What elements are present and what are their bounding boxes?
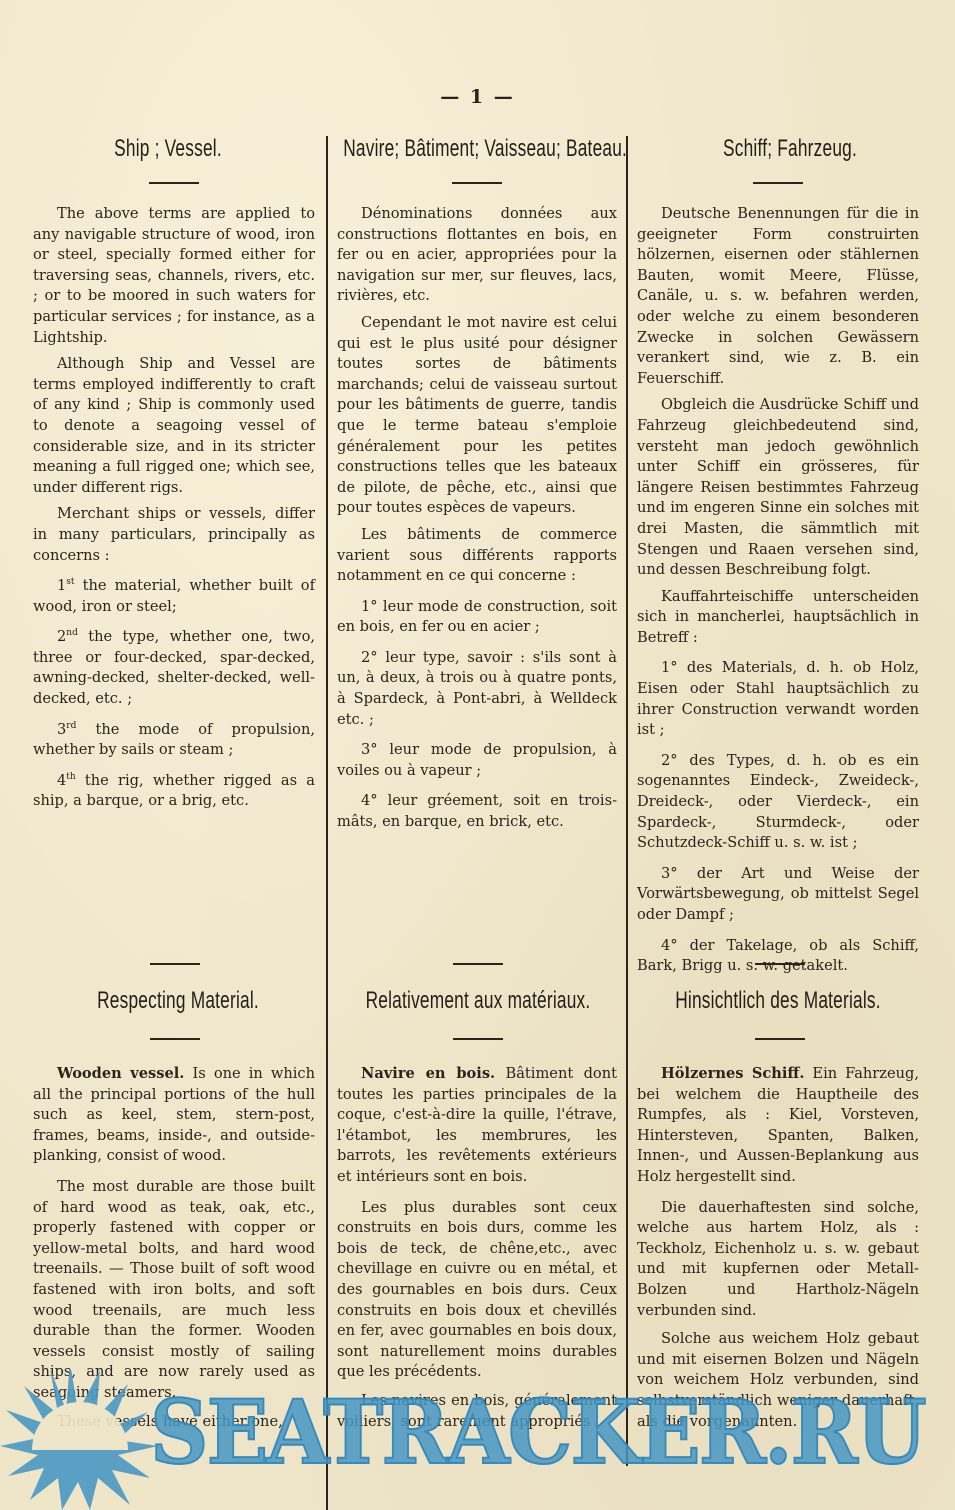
divider-rule xyxy=(755,963,805,965)
paragraph: Although Ship and Vessel are terms emplo… xyxy=(33,354,315,498)
paragraph: The above terms are applied to any navig… xyxy=(33,204,315,348)
column-english-section1: The above terms are applied to any navig… xyxy=(33,204,315,818)
list-item: 2nd the type, whether one, two, three or… xyxy=(33,627,315,709)
divider-rule xyxy=(150,963,200,965)
list-item: 3° leur mode de propulsion, à voiles ou … xyxy=(337,740,617,781)
list-item: 1° leur mode de construction, soit en bo… xyxy=(337,597,617,638)
paragraph: Merchant ships or vessels, differ in man… xyxy=(33,504,315,566)
list-item: 1st the material, whether built of wood,… xyxy=(33,576,315,617)
heading-navire: Navire; Bâtiment; Vaisseau; Bateau. xyxy=(343,135,617,163)
divider-rule xyxy=(453,963,503,965)
column-divider-right xyxy=(626,136,628,1466)
paragraph: Les bâtiments de commerce varient sous d… xyxy=(337,525,617,587)
paragraph: Navire en bois. Bâtiment dont toutes les… xyxy=(337,1064,617,1188)
paragraph: Die dauerhaftesten sind solche, welche a… xyxy=(637,1198,919,1322)
divider-rule xyxy=(753,182,803,184)
paragraph: Obgleich die Ausdrücke Schiff und Fahrze… xyxy=(637,395,919,580)
list-item: 4° der Takelage, ob als Schiff, Bark, Br… xyxy=(637,936,919,977)
heading-respecting-material: Respecting Material. xyxy=(64,987,292,1015)
paragraph: Dénominations données aux constructions … xyxy=(337,204,617,307)
heading-hinsichtlich-materials: Hinsichtlich des Materials. xyxy=(664,987,892,1015)
column-german-section1: Deutsche Benennungen für die in geeignet… xyxy=(637,204,919,983)
document-page: — 1 — Ship ; Vessel. Navire; Bâtiment; V… xyxy=(0,0,955,1510)
list-item: 1° des Materials, d. h. ob Holz, Eisen o… xyxy=(637,658,919,740)
divider-rule xyxy=(453,1038,503,1040)
page-number: — 1 — xyxy=(0,86,955,108)
list-item: 3° der Art und Weise der Vorwärtsbewegun… xyxy=(637,864,919,926)
list-item: 3rd the mode of propulsion, whether by s… xyxy=(33,720,315,761)
column-divider-left xyxy=(326,136,328,1510)
paragraph: Les plus durables sont ceux construits e… xyxy=(337,1198,617,1383)
divider-rule xyxy=(755,1038,805,1040)
divider-rule xyxy=(452,182,502,184)
watermark-text: SEATRACKER.RU xyxy=(150,1388,925,1476)
paragraph: The most durable are those built of hard… xyxy=(33,1177,315,1404)
paragraph: Hölzernes Schiff. Ein Fahrzeug, bei welc… xyxy=(637,1064,919,1188)
heading-schiff: Schiff; Fahrzeug. xyxy=(676,135,904,163)
paragraph: Deutsche Benennungen für die in geeignet… xyxy=(637,204,919,389)
heading-ship-vessel: Ship ; Vessel. xyxy=(61,135,274,163)
paragraph: Wooden vessel. Is one in which all the p… xyxy=(33,1064,315,1167)
divider-rule xyxy=(149,182,199,184)
paragraph: Cependant le mot navire est celui qui es… xyxy=(337,313,617,519)
heading-relativement-materiaux: Relativement aux matériaux. xyxy=(364,987,592,1015)
list-item: 2° leur type, savoir : s'ils sont à un, … xyxy=(337,648,617,730)
term-wooden-vessel: Wooden vessel. xyxy=(57,1065,184,1082)
list-item: 4° leur gréement, soit en trois-mâts, en… xyxy=(337,791,617,832)
paragraph: Kauffahrteischiffe unterscheiden sich in… xyxy=(637,587,919,649)
term-hoelzernes-schiff: Hölzernes Schiff. xyxy=(661,1065,804,1082)
column-french-section1: Dénominations données aux constructions … xyxy=(337,204,617,839)
divider-rule xyxy=(150,1038,200,1040)
term-navire-en-bois: Navire en bois. xyxy=(361,1065,495,1082)
list-item: 4th the rig, whether rigged as a ship, a… xyxy=(33,771,315,812)
list-item: 2° des Types, d. h. ob es ein sogenannte… xyxy=(637,751,919,854)
